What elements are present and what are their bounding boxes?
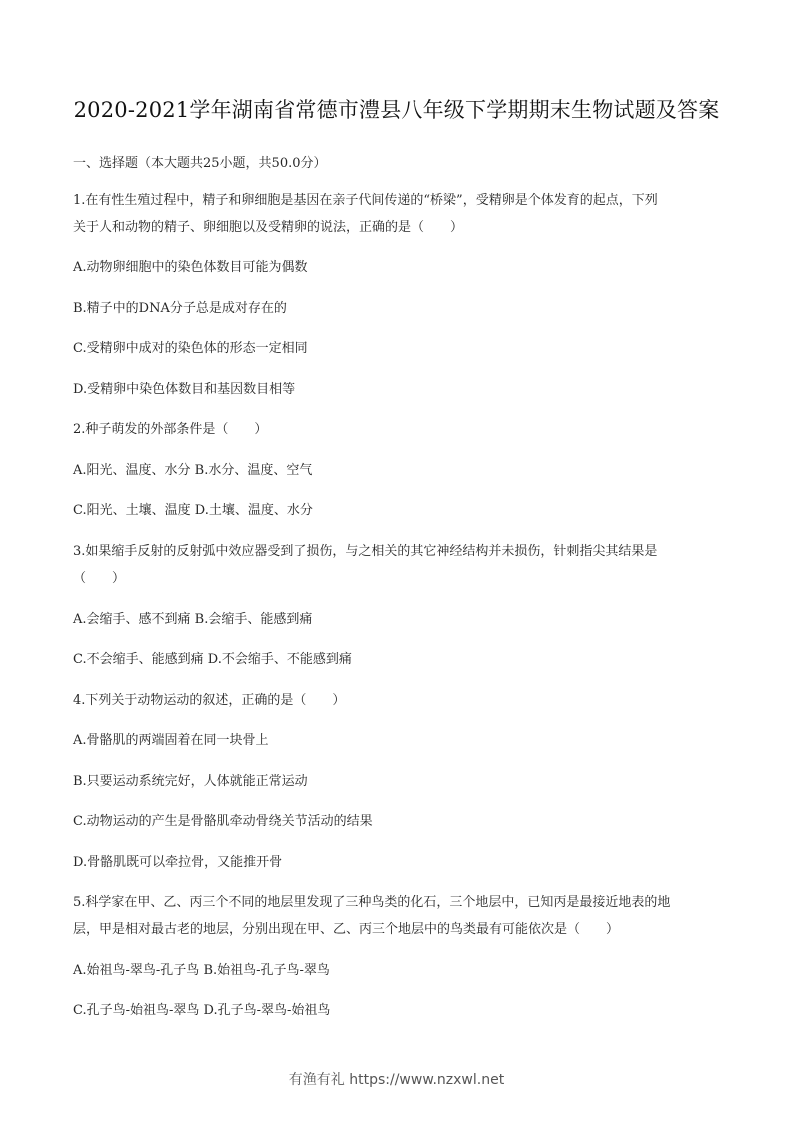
question-1-option-c: C.受精卵中成对的染色体的形态一定相同 bbox=[73, 340, 308, 358]
question-2-stem: 2.种子萌发的外部条件是（ ） bbox=[73, 421, 267, 439]
question-5-options-cd: C.孔子鸟-始祖鸟-翠鸟 D.孔子鸟-翠鸟-始祖鸟 bbox=[73, 1002, 330, 1020]
question-3-stem-line-1: 3.如果缩手反射的反射弧中效应器受到了损伤，与之相关的其它神经结构并未损伤，针刺… bbox=[73, 543, 657, 561]
question-4-option-b: B.只要运动系统完好，人体就能正常运动 bbox=[73, 773, 308, 791]
document-title: 2020-2021学年湖南省常德市澧县八年级下学期期末生物试题及答案 bbox=[0, 96, 793, 124]
question-1-stem-line-2: 关于人和动物的精子、卵细胞以及受精卵的说法，正确的是（ ） bbox=[73, 219, 463, 237]
footer-watermark: 有渔有礼 https://www.nzxwl.net bbox=[0, 1070, 793, 1090]
question-3-options-cd: C.不会缩手、能感到痛 D.不会缩手、不能感到痛 bbox=[73, 651, 352, 669]
question-2-options-cd: C.阳光、土壤、温度 D.土壤、温度、水分 bbox=[73, 502, 313, 520]
section-heading: 一、选择题（本大题共25小题，共50.0分） bbox=[73, 155, 327, 173]
question-3-options-ab: A.会缩手、感不到痛 B.会缩手、能感到痛 bbox=[73, 611, 312, 629]
question-4-stem: 4.下列关于动物运动的叙述，正确的是（ ） bbox=[73, 692, 345, 710]
question-4-option-c: C.动物运动的产生是骨骼肌牵动骨绕关节活动的结果 bbox=[73, 813, 373, 831]
question-1-stem-line-1: 1.在有性生殖过程中，精子和卵细胞是基因在亲子代间传递的“桥梁”，受精卵是个体发… bbox=[73, 192, 658, 210]
document-page: 2020-2021学年湖南省常德市澧县八年级下学期期末生物试题及答案 一、选择题… bbox=[0, 0, 793, 1122]
question-1-option-d: D.受精卵中染色体数目和基因数目相等 bbox=[73, 381, 295, 399]
question-4-option-a: A.骨骼肌的两端固着在同一块骨上 bbox=[73, 732, 269, 750]
question-1-option-b: B.精子中的DNA分子总是成对存在的 bbox=[73, 300, 287, 318]
question-1-option-a: A.动物卵细胞中的染色体数目可能为偶数 bbox=[73, 259, 308, 277]
question-4-option-d: D.骨骼肌既可以牵拉骨，又能推开骨 bbox=[73, 854, 282, 872]
question-5-stem-line-2: 层，甲是相对最古老的地层，分别出现在甲、乙、丙三个地层中的鸟类最有可能依次是（ … bbox=[73, 921, 619, 939]
question-5-stem-line-1: 5.科学家在甲、乙、丙三个不同的地层里发现了三种鸟类的化石，三个地层中，已知丙是… bbox=[73, 894, 670, 912]
question-5-options-ab: A.始祖鸟-翠鸟-孔子鸟 B.始祖鸟-孔子鸟-翠鸟 bbox=[73, 962, 330, 980]
question-2-options-ab: A.阳光、温度、水分 B.水分、温度、空气 bbox=[73, 462, 312, 480]
question-3-stem-line-2: （ ） bbox=[73, 570, 125, 588]
